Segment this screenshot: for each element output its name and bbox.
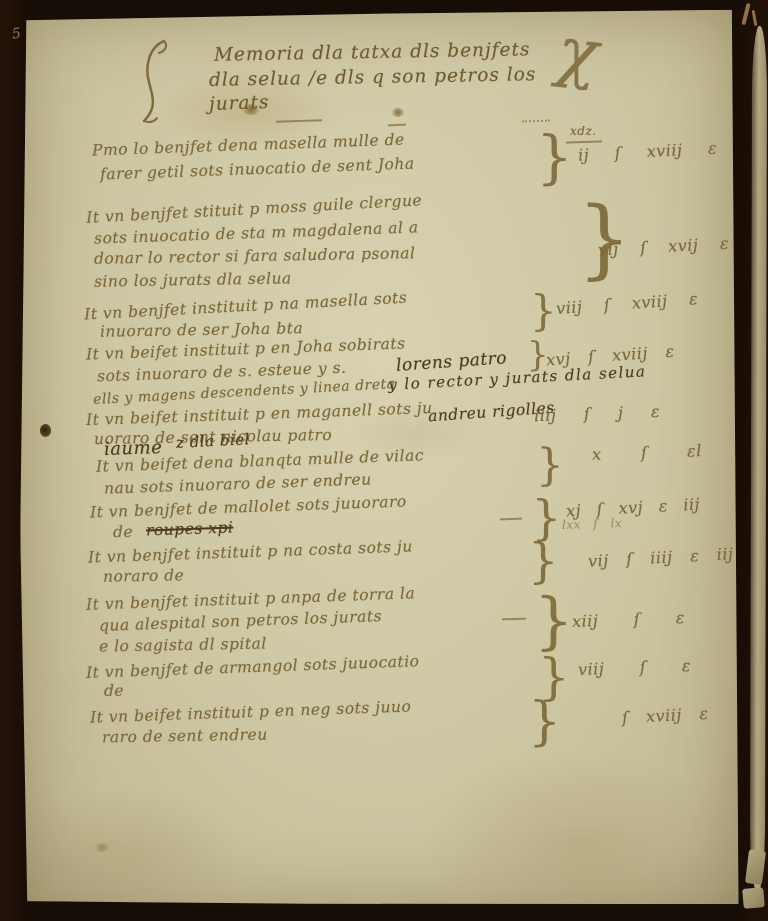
entry-line: e lo sagista dl spital bbox=[99, 635, 267, 656]
folio-number: 5 bbox=[11, 25, 23, 42]
binding-stitch bbox=[752, 10, 758, 26]
entry-amount: viij ſ ε bbox=[578, 656, 692, 679]
entry-brace: } bbox=[528, 537, 559, 585]
adjacent-page-edge bbox=[750, 26, 767, 892]
entry-amount: xiij ſ ε bbox=[572, 608, 686, 631]
corner-flourish-mark: χ bbox=[554, 12, 602, 93]
amount-correction-note: lxx ſ lx bbox=[562, 516, 623, 532]
entry-brace: } bbox=[536, 444, 564, 488]
page-corner bbox=[742, 887, 765, 909]
entry-line: sino los jurats dla selua bbox=[94, 269, 292, 290]
entry-line: noraro de bbox=[103, 566, 185, 585]
photo-background: { "colors":{ "background":"#160d06","par… bbox=[0, 0, 768, 921]
entry-line: raro de sent endreu bbox=[102, 726, 268, 747]
wormhole-stain bbox=[40, 424, 51, 437]
entry-brace: } bbox=[528, 696, 561, 748]
entry-brace: } bbox=[536, 128, 573, 186]
entry-line: inuoraro de ser Joha bta bbox=[100, 319, 303, 341]
entry-line: de bbox=[104, 682, 124, 700]
later-ink-annotation: z dla biel bbox=[176, 430, 251, 452]
entry-brace: } bbox=[534, 590, 573, 652]
paraph-mark-icon bbox=[136, 36, 172, 126]
amount-correction-note: xdz. bbox=[570, 124, 597, 138]
title-line: jurats bbox=[209, 92, 270, 115]
binding-stitch bbox=[741, 3, 750, 25]
struck-out-text: roupes xpi bbox=[146, 518, 234, 539]
page-corner bbox=[745, 849, 766, 885]
stain-mark bbox=[392, 108, 404, 117]
entry-brace: } bbox=[530, 290, 557, 332]
entry-amount: x ſ εl bbox=[592, 441, 702, 464]
entry-line: de bbox=[113, 523, 133, 541]
stain-mark bbox=[95, 843, 109, 852]
